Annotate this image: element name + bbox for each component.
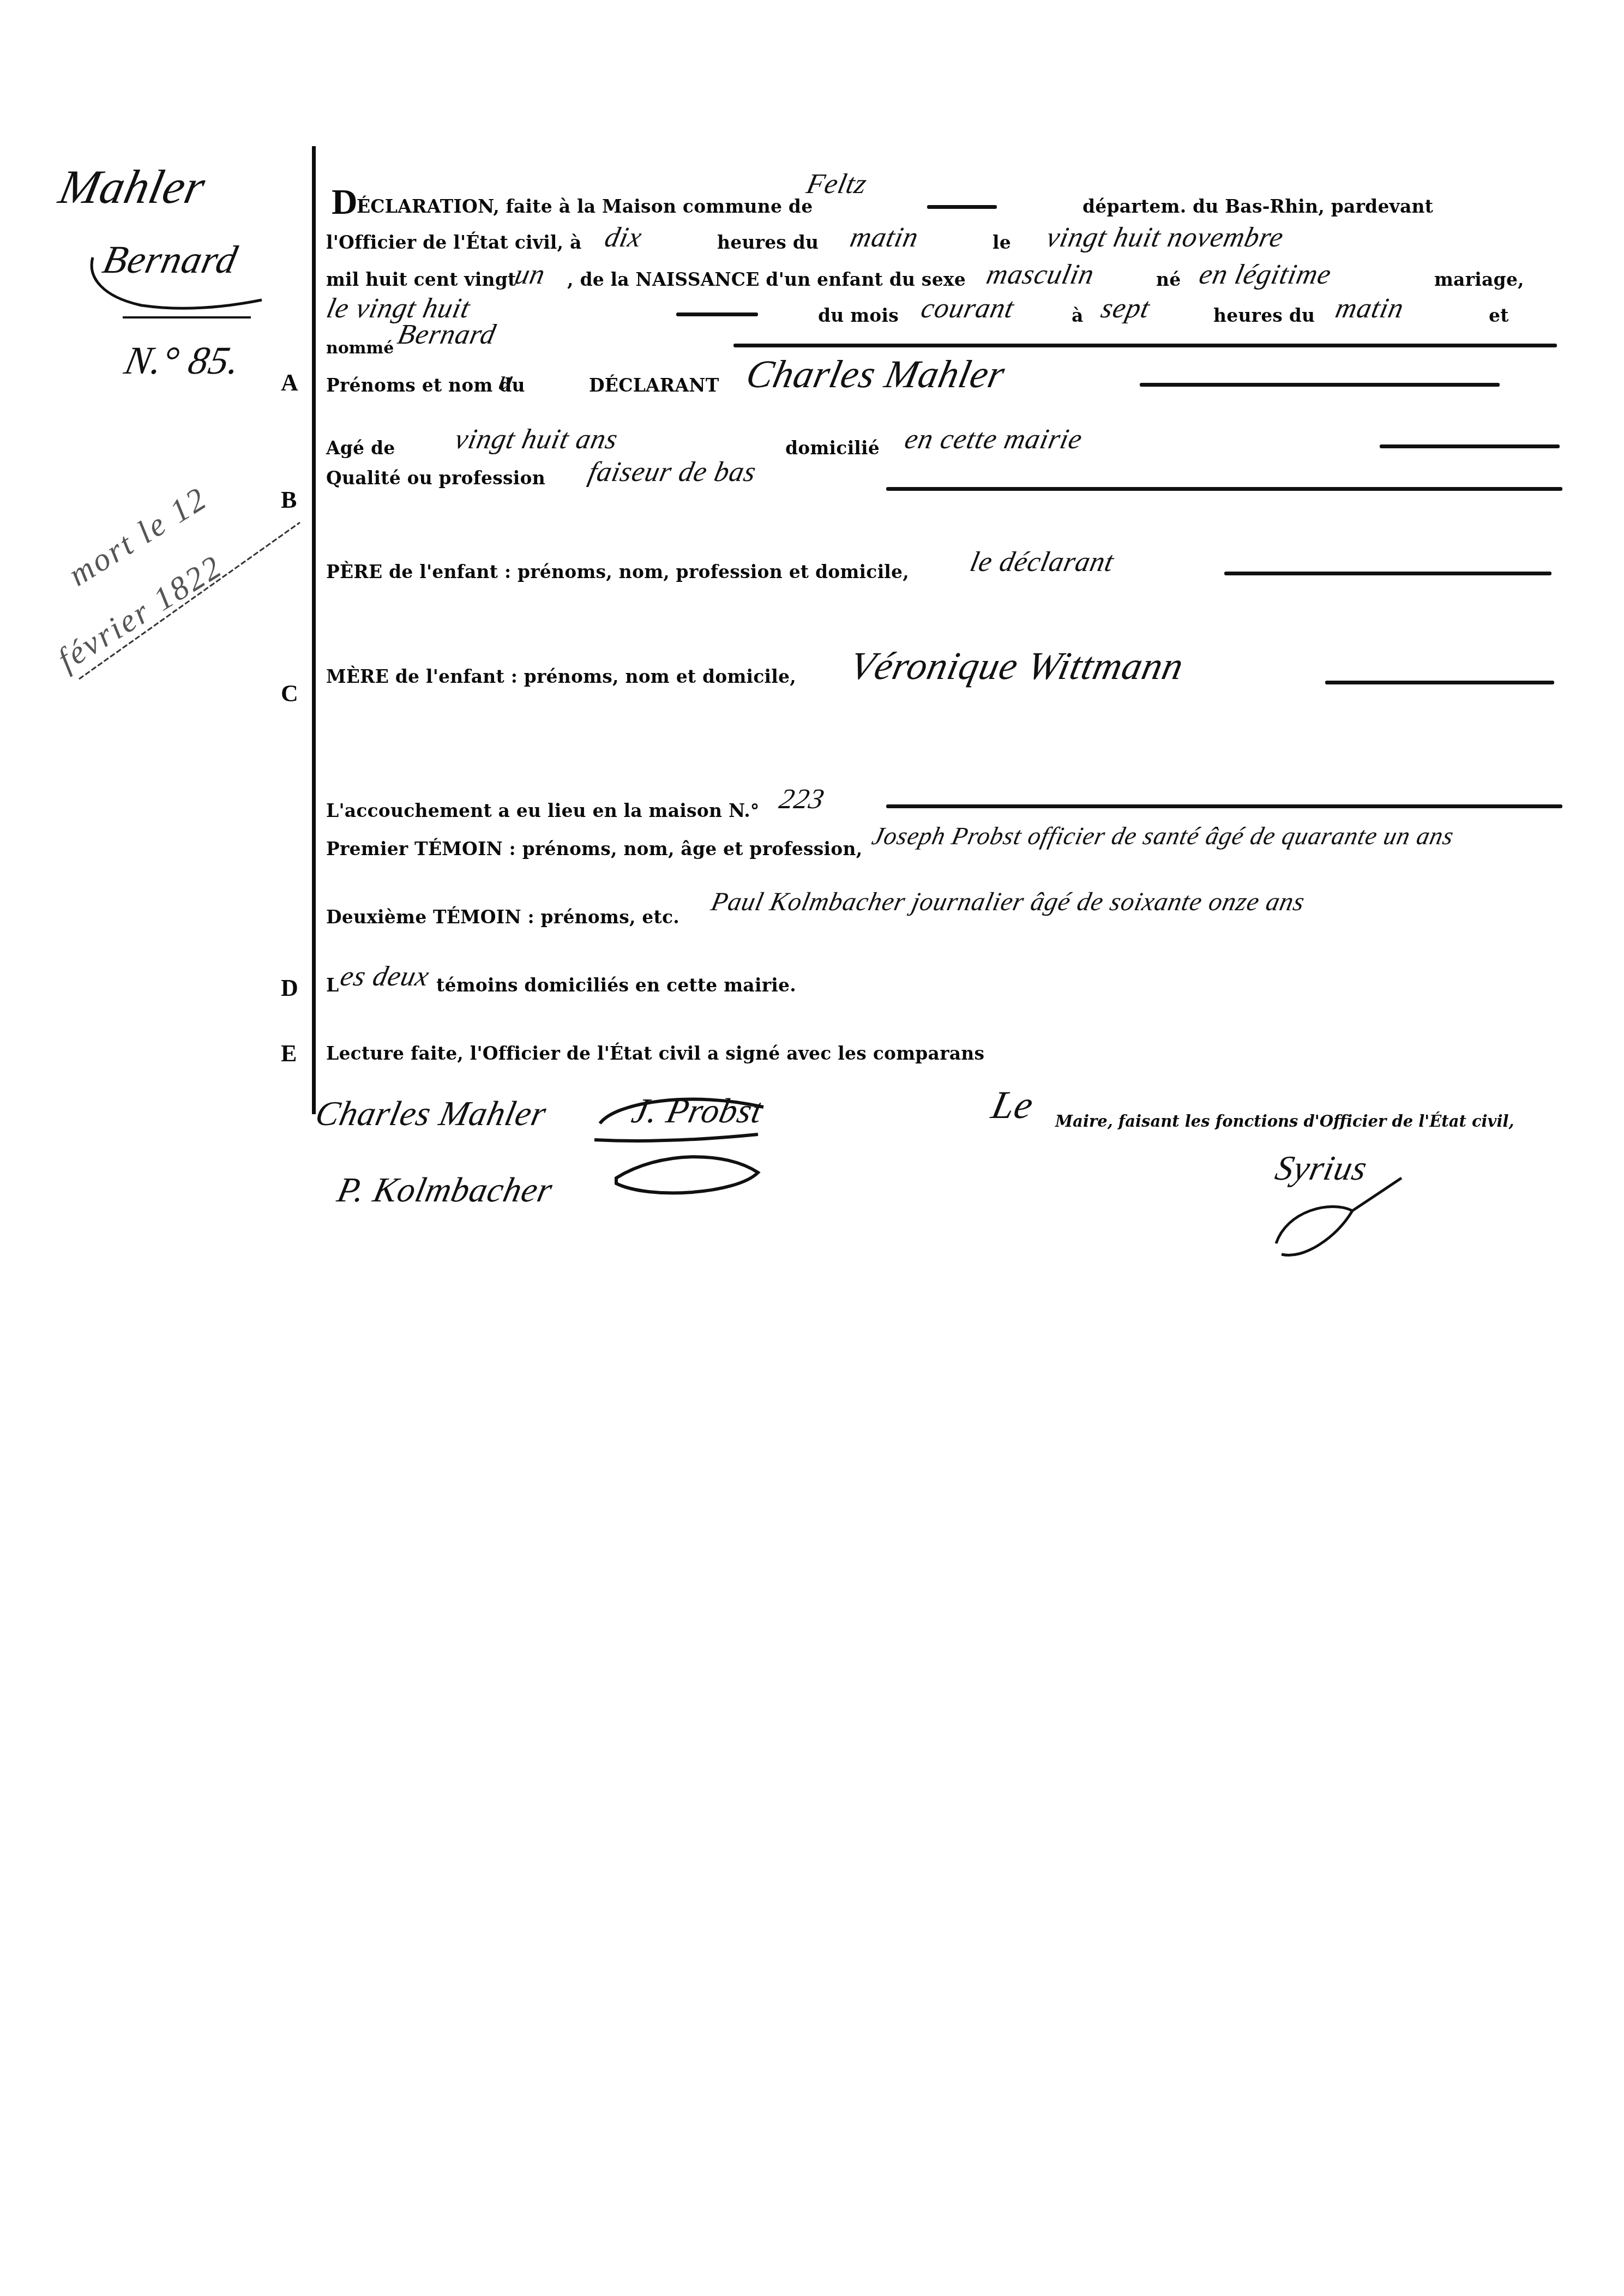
hand-father: le déclarant	[967, 548, 1116, 576]
blank-line	[886, 804, 1562, 808]
hand-birth-hour: sept	[1098, 294, 1152, 323]
section-letter-a: A	[281, 371, 298, 395]
hand-marriage: en légitime	[1196, 261, 1334, 289]
line1-printed-a: ÉCLARATION, faite à la Maison commune de	[357, 197, 813, 215]
hand-house-number: 223	[777, 785, 827, 814]
hand-child-name: Bernard	[395, 321, 498, 349]
mayor-caption: Maire, faisant les fonctions d'Officier …	[1055, 1114, 1514, 1129]
mayor-prefix: Le	[988, 1085, 1037, 1125]
hand-declaration-period: matin	[847, 224, 921, 252]
line3-printed-a: mil huit cent vingt	[326, 271, 516, 288]
blank-line	[1224, 572, 1551, 575]
line2-printed-a: l'Officier de l'État civil, à	[326, 233, 582, 251]
hand-year: un	[512, 261, 548, 289]
hand-birth-month: courant	[918, 294, 1016, 323]
signature-witness2: P. Kolmbacher	[334, 1173, 556, 1207]
hand-mother: Véronique Wittmann	[846, 646, 1187, 686]
profession-printed-a: Qualité ou profession	[326, 469, 545, 487]
hand-commune: Feltz	[804, 170, 869, 199]
section-letter-b: B	[281, 488, 297, 512]
line3-printed-d: mariage,	[1434, 271, 1524, 288]
father-printed-a: PÈRE de l'enfant : prénoms, nom, profess…	[326, 563, 909, 581]
witness1-printed-a: Premier TÉMOIN : prénoms, nom, âge et pr…	[326, 840, 862, 858]
signature-flourish	[584, 1069, 813, 1211]
blank-dash	[927, 205, 997, 209]
line2-printed-c: le	[993, 233, 1011, 251]
line4-printed-a: du mois	[818, 306, 899, 324]
hand-witnesses-count: es deux	[338, 963, 432, 991]
line2-printed-b: heures du	[717, 233, 819, 251]
line4-printed-d: et	[1489, 306, 1509, 324]
section-letter-e: E	[281, 1042, 297, 1066]
hand-declarant-age: vingt huit ans	[452, 425, 620, 454]
hand-declaration-hour: dix	[602, 224, 645, 252]
hand-birth-period: matin	[1333, 294, 1406, 323]
declarant-printed-a: Prénoms et nom du	[326, 376, 525, 394]
blank-line	[1140, 383, 1500, 387]
line1-printed-b: départem. du Bas-Rhin, pardevant	[1082, 197, 1433, 215]
line4-printed-b: à	[1072, 306, 1084, 324]
hand-declarant-domicile: en cette mairie	[902, 425, 1085, 454]
witness2-printed-a: Deuxième TÉMOIN : prénoms, etc.	[326, 908, 679, 926]
reading-printed-a: Lecture faite, l'Officier de l'État civi…	[326, 1044, 984, 1062]
hand-declaration-date: vingt huit novembre	[1044, 224, 1286, 252]
blank-dash	[676, 312, 758, 316]
witnesses-printed-a: L	[326, 976, 339, 994]
hand-witness1: Joseph Probst officier de santé âgé de q…	[870, 824, 1456, 849]
section-letter-c: C	[281, 682, 298, 706]
margin-surname: Mahler	[55, 164, 210, 212]
hand-witness2: Paul Kolmbacher journalier âgé de soixan…	[709, 889, 1307, 915]
section-letter-d: D	[281, 976, 298, 1000]
blank-line	[1380, 444, 1560, 448]
hand-declarant-profession: faiseur de bas	[586, 458, 759, 486]
mayor-signature-flourish	[1271, 1178, 1412, 1287]
line4-printed-c: heures du	[1213, 306, 1315, 324]
age-printed-a: Agé de	[326, 439, 395, 457]
dropcap-d: D	[332, 184, 358, 220]
declarant-printed-b: DÉCLARANT	[589, 376, 719, 394]
mother-printed-a: MÈRE de l'enfant : prénoms, nom et domic…	[326, 668, 796, 686]
hand-sex: masculin	[984, 261, 1097, 289]
birthplace-printed-a: L'accouchement a eu lieu en la maison N.…	[326, 802, 760, 820]
margin-annotation-underline	[76, 458, 305, 687]
vertical-margin-rule	[312, 146, 316, 1114]
witnesses-printed-b: témoins domiciliés en cette mairie.	[436, 976, 796, 994]
blank-line	[1325, 681, 1554, 684]
number-flourish	[87, 256, 273, 420]
age-printed-b: domicilié	[785, 439, 880, 457]
line5-printed-a: nommé	[326, 340, 394, 357]
line3-printed-c: né	[1156, 271, 1181, 288]
blank-line	[886, 487, 1562, 491]
line3-printed-b: , de la NAISSANCE d'un enfant du sexe	[567, 271, 966, 288]
hand-declarant-name: Charles Mahler	[743, 354, 1008, 394]
signature-declarant: Charles Mahler	[312, 1096, 550, 1131]
blank-line	[733, 344, 1557, 347]
